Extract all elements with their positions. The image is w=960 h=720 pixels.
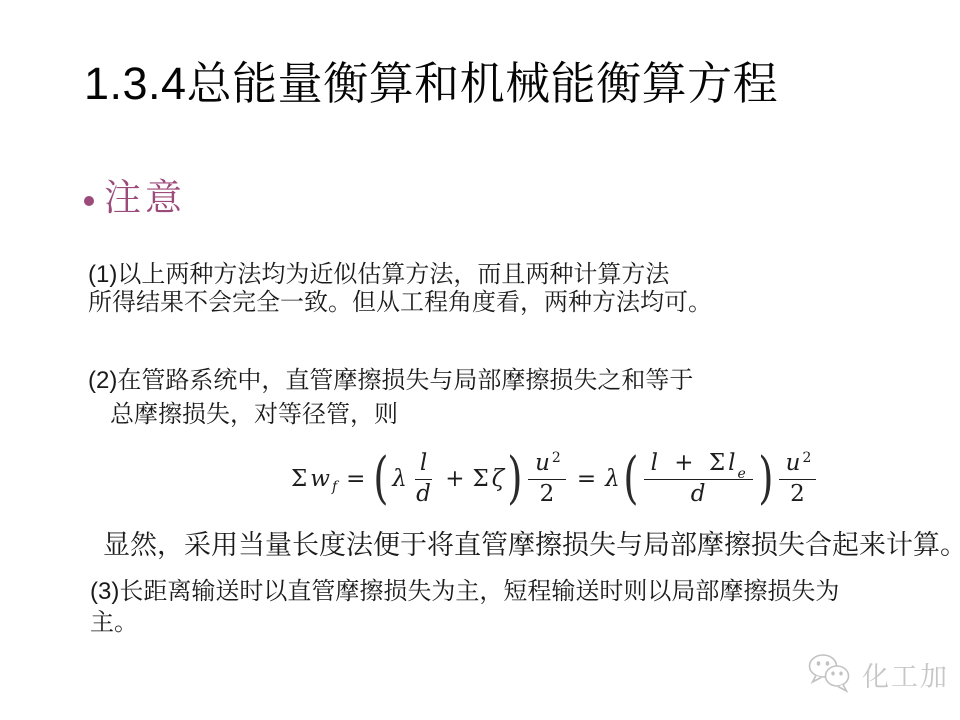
open-paren: ( (374, 455, 389, 503)
point-2-line-2: 总摩擦损失，对等径管，则 (88, 398, 693, 432)
friction-loss-formula: Σ w f = ( λ l d + Σ ζ ) u2 2 = λ ( l + Σ… (290, 446, 820, 512)
point-1: (1)以上两种方法均为近似估算方法，而且两种计算方法 所得结果不会完全一致。但从… (88, 261, 712, 317)
formula-sigma: Σ (291, 466, 307, 492)
point-3-line-1: (3)长距离输送时以直管摩擦损失为主，短程输送时则以局部摩擦损失为 (90, 576, 839, 607)
formula-lambda: λ (392, 466, 407, 492)
watermark-brand: 化工加 (862, 655, 949, 694)
formula-sub-f: f (332, 479, 337, 495)
note-heading: 注意 (104, 178, 186, 219)
close-paren: ) (508, 455, 523, 503)
fraction-l-plus-sigma-le-over-d: l + Σle d (644, 450, 753, 508)
fraction-l-over-d: l d (413, 450, 434, 508)
formula-zeta: ζ (492, 466, 504, 492)
fraction-u2-over-2-second: u2 2 (779, 450, 817, 508)
point-1-line-1: (1)以上两种方法均为近似估算方法，而且两种计算方法 (88, 261, 712, 289)
open-paren-2: ( (623, 455, 638, 503)
point-3-line-2: 主。 (90, 607, 839, 638)
chat-bubbles-icon (806, 652, 856, 696)
formula-lambda-2: λ (605, 466, 620, 492)
formula-equals: = (346, 466, 365, 492)
close-paren-2: ) (758, 455, 773, 503)
formula-sigma2: Σ (473, 466, 489, 492)
formula-plus: + (445, 466, 464, 492)
bullet-dot-icon (84, 196, 94, 206)
formula-equals-2: = (577, 466, 596, 492)
fraction-u2-over-2: u2 2 (528, 450, 566, 508)
note-heading-row: 注意 (84, 178, 186, 219)
watermark: 化工加 (806, 652, 949, 696)
point-3: (3)长距离输送时以直管摩擦损失为主，短程输送时则以局部摩擦损失为 主。 (90, 576, 839, 638)
point-2-line-1: (2)在管路系统中，直管摩擦损失与局部摩擦损失之和等于 (88, 364, 693, 398)
presentation-slide: 1.3.4总能量衡算和机械能衡算方程 注意 (1)以上两种方法均为近似估算方法，… (0, 0, 960, 720)
conclusion-text: 显然，采用当量长度法便于将直管摩擦损失与局部摩擦损失合起来计算。 (103, 523, 960, 562)
formula-w: w (310, 466, 330, 492)
slide-title: 1.3.4总能量衡算和机械能衡算方程 (84, 58, 778, 110)
point-1-line-2: 所得结果不会完全一致。但从工程角度看，两种方法均可。 (88, 289, 712, 317)
point-2: (2)在管路系统中，直管摩擦损失与局部摩擦损失之和等于 总摩擦损失，对等径管，则 (88, 364, 693, 432)
